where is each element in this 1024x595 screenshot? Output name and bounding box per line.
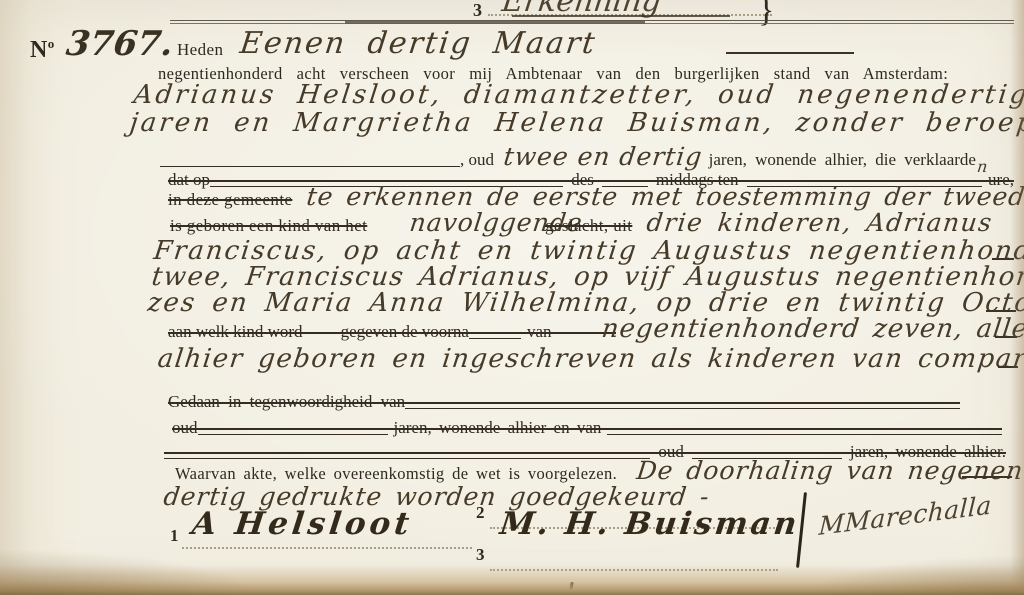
struck-is-geboren: is geboren een kind van het <box>170 216 367 236</box>
page-corner-bottom-right <box>804 555 1024 595</box>
handwritten-comparante: alhier geboren en ingeschreven als kinde… <box>156 344 1024 374</box>
handwritten-erkennen: te erkennen de eerste met toestemming de… <box>305 182 1024 211</box>
filler-stroke <box>962 476 1012 478</box>
handwritten-allen: negentienhonderd zeven, allen <box>600 314 1024 344</box>
signature-mother: M. H. Buisman <box>498 506 802 542</box>
printed-oud: , oud <box>460 150 494 170</box>
signature-label-2: 2 <box>476 503 485 523</box>
act-number-value: 3767. <box>64 24 175 64</box>
act-number-n: N <box>30 37 48 63</box>
handwritten-drie-kinderen: drie kinderen, Adrianus <box>645 208 994 237</box>
handwritten-age: twee en dertig <box>502 142 704 171</box>
handwritten-date: Eenen dertig Maart <box>238 26 598 61</box>
handwritten-father: Adrianus Helsloot, diamantzetter, oud ne… <box>132 80 1024 110</box>
getuige1-row: oud jaren, wonende alhier en van <box>172 418 1002 438</box>
printed-heden: Heden <box>177 40 223 60</box>
strikethrough-line <box>168 402 960 404</box>
blank-rule <box>607 434 1002 435</box>
struck-geslacht-uit: geslacht, uit <box>545 216 632 236</box>
blank-rule <box>164 458 650 459</box>
printed-age-rest: jaren, wonende alhier, die verklaarde <box>709 150 976 170</box>
date-filler-stroke <box>726 52 854 54</box>
top-entry-number: 3 <box>473 0 482 21</box>
act-number-label: No <box>30 36 55 64</box>
getuigen-row: Gedaan in tegenwoordigheid van <box>168 392 960 412</box>
signature-label-3: 3 <box>476 545 485 565</box>
blank-rule <box>160 166 460 167</box>
page-corner-bottom-left <box>0 549 260 595</box>
signature-father: A Helsloot <box>190 506 415 542</box>
struck-in-deze-gemeente: in deze gemeente <box>168 190 292 210</box>
signature-registrar: MMarechalla <box>818 490 992 541</box>
page-edge-right <box>1010 0 1024 595</box>
age-line-row: , oud twee en dertig jaren, wonende alhi… <box>160 142 1016 170</box>
strikethrough-line <box>168 332 616 334</box>
blank-rule <box>405 408 960 409</box>
signature-label-1: 1 <box>170 526 179 546</box>
printed-waarvan-akte: Waarvan akte, welke overeenkomstig de we… <box>175 464 617 484</box>
act-separator-rule <box>170 20 1014 24</box>
voornaam-row: aan welk kind word gegeven de voorna van <box>168 322 616 342</box>
handwritten-mother: jaren en Margrietha Helena Buisman, zond… <box>128 108 1024 138</box>
strikethrough-line <box>164 452 1006 454</box>
handwritten-doorhaling: De doorhaling van negenen <box>635 456 1024 485</box>
blank-rule <box>469 338 521 339</box>
act-number-sup: o <box>48 36 55 51</box>
strikethrough-line <box>172 428 1002 430</box>
scanned-civil-registry-act: 3 Erkenning } No 3767. Heden Eenen derti… <box>0 0 1024 595</box>
blank-rule <box>198 434 388 435</box>
closing-brace-mark: } <box>758 0 775 30</box>
scrawl-underline <box>512 15 730 17</box>
